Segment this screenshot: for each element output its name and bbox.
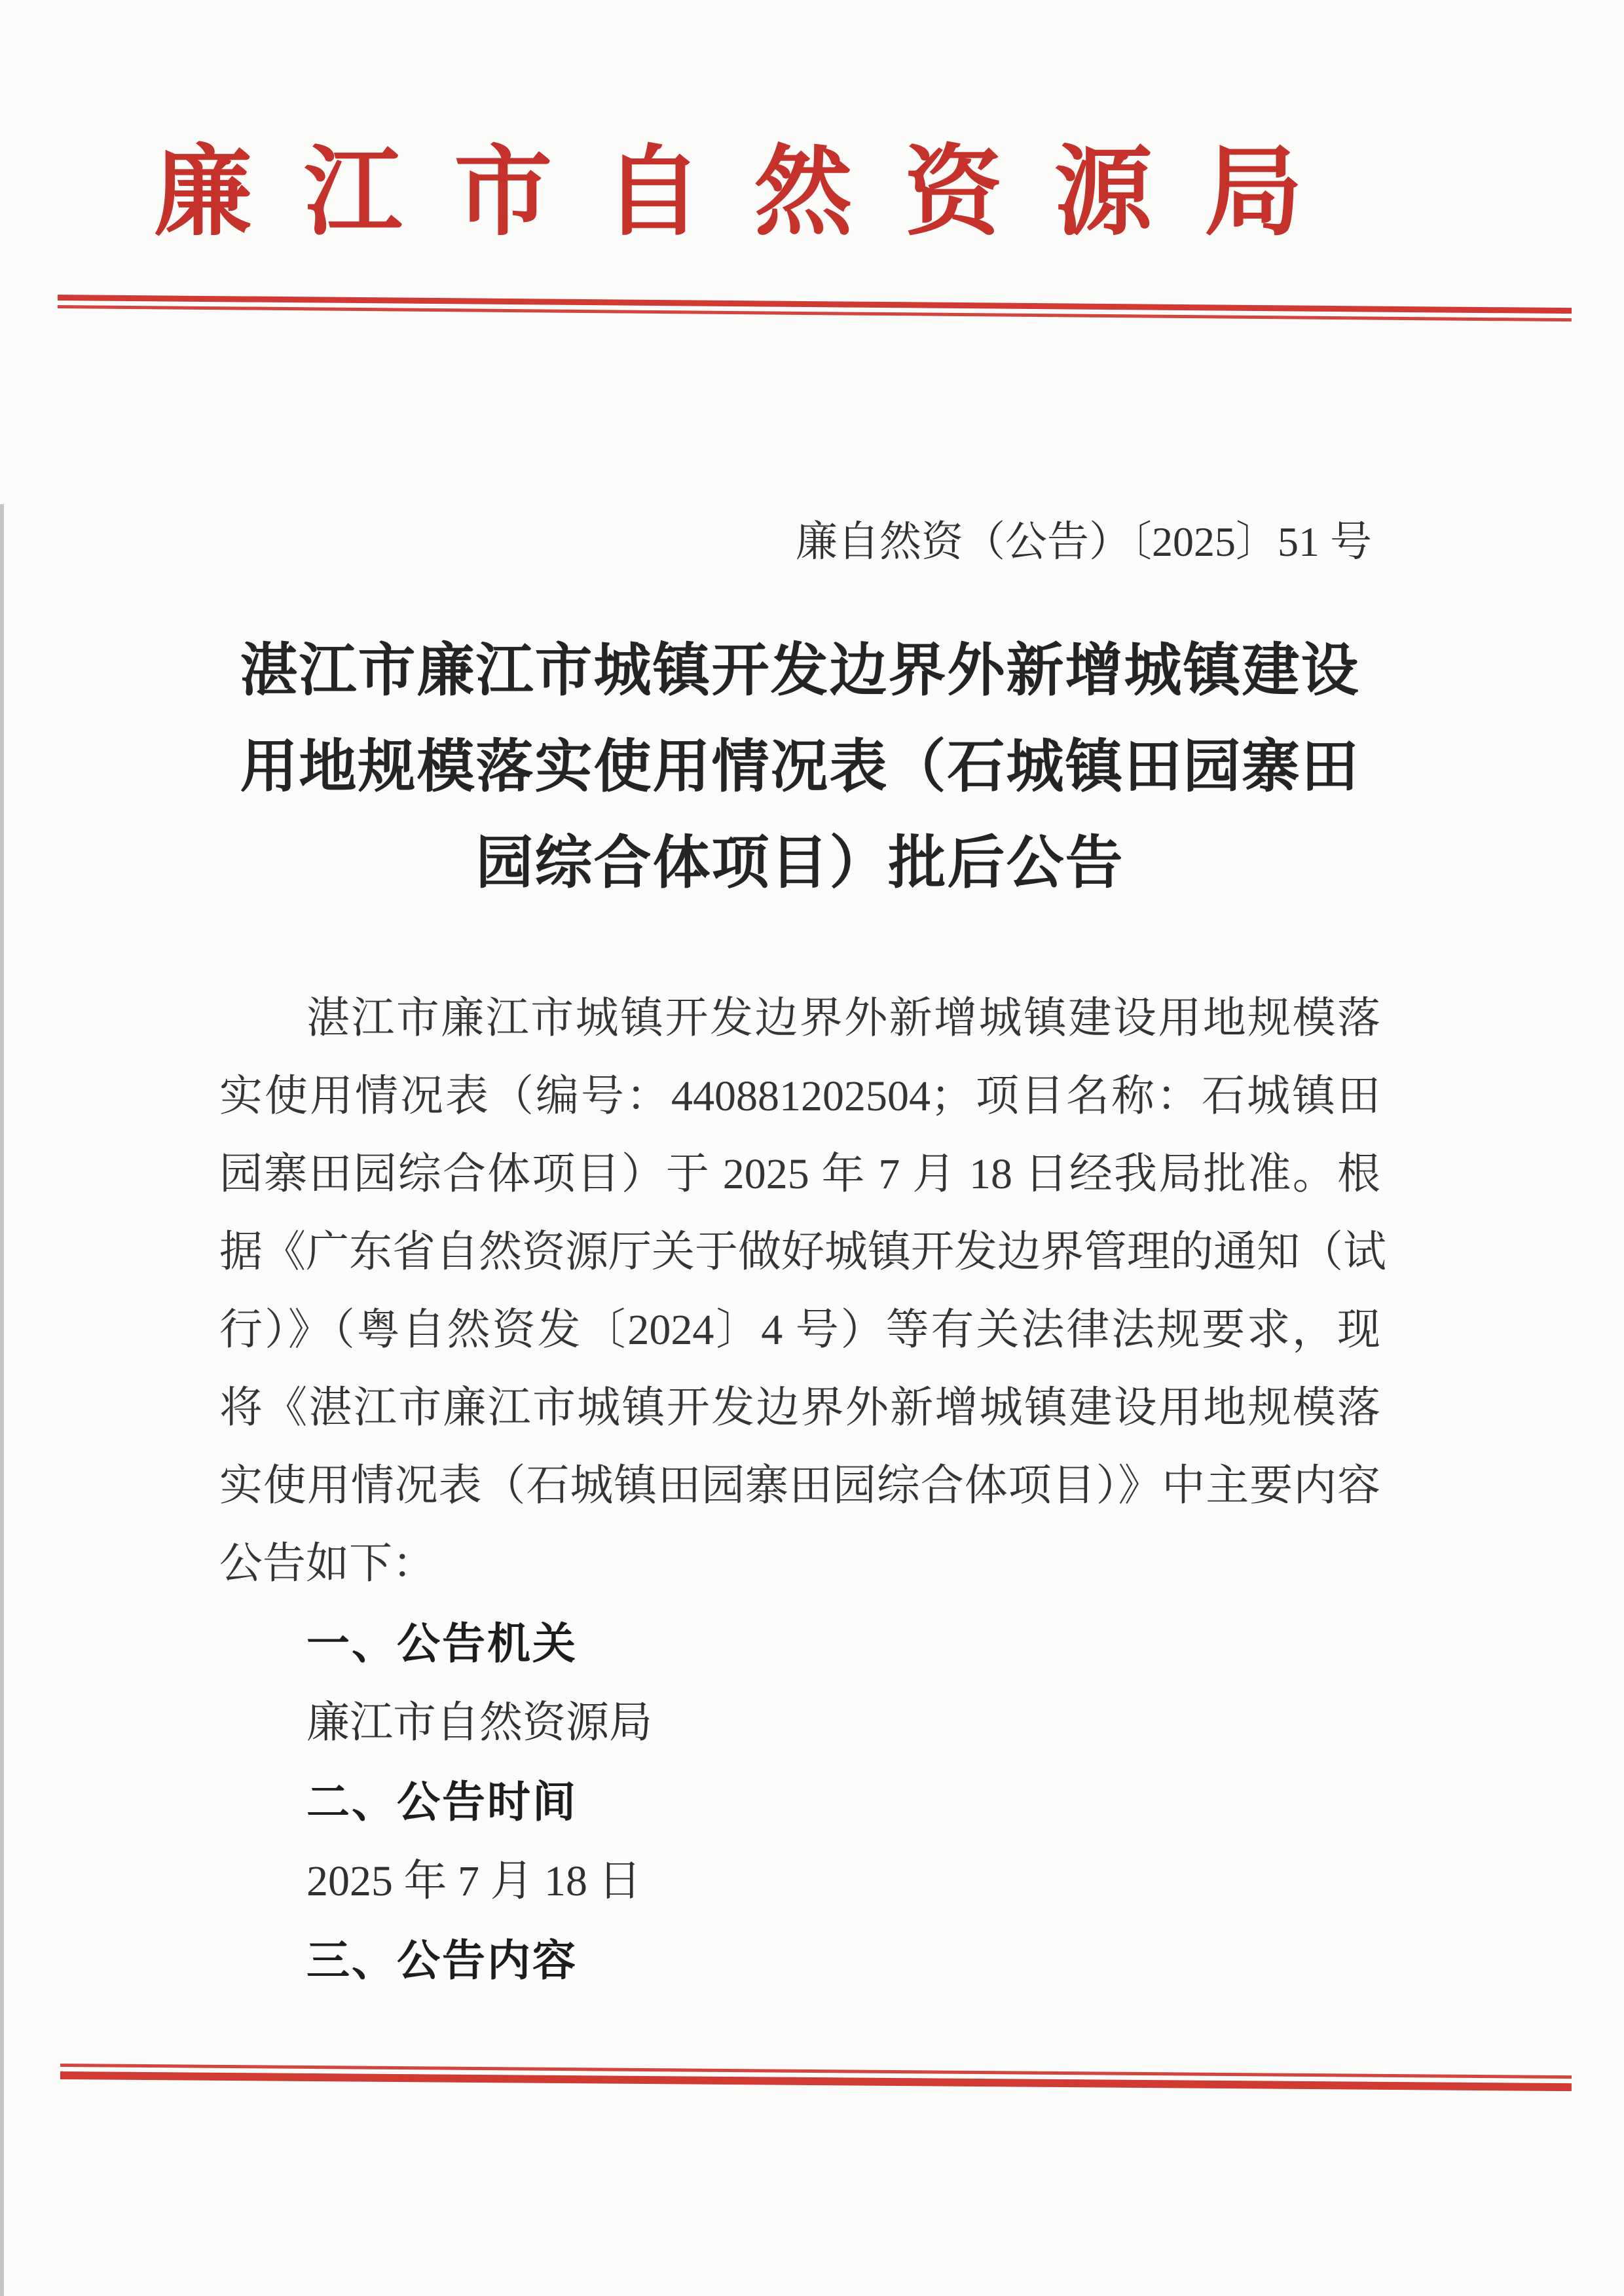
announcement-sections: 一、公告机关 廉江市自然资源局 二、公告时间 2025 年 7 月 18 日 三… — [219, 1604, 1380, 2000]
body-line: 实使用情况表（石城镇田园寨田园综合体项目）》中主要内容 — [219, 1447, 1380, 1525]
body-line: 将《湛江市廉江市城镇开发边界外新增城镇建设用地规模落 — [219, 1369, 1380, 1447]
body-line: 行）》（粤自然资发〔2024〕4 号）等有关法律法规要求，现 — [219, 1291, 1380, 1369]
section-heading-authority: 一、公告机关 — [219, 1604, 1380, 1683]
section-content-time: 2025 年 7 月 18 日 — [219, 1842, 1380, 1921]
section-content-authority: 廉江市自然资源局 — [219, 1683, 1380, 1762]
title-line-3: 园综合体项目）批后公告 — [219, 816, 1380, 912]
body-line: 园寨田园综合体项目）于 2025 年 7 月 18 日经我局批准。根 — [219, 1135, 1380, 1213]
issuing-authority-header: 廉 江 市 自 然 资 源 局 — [154, 131, 1303, 255]
body-line: 公告如下： — [219, 1525, 1380, 1603]
scan-edge-artifact — [0, 504, 4, 2296]
scanned-official-document: 廉 江 市 自 然 资 源 局 廉自然资（公告）〔2025〕51 号 湛江市廉江… — [0, 0, 1624, 2296]
red-separator-bottom — [60, 2064, 1572, 2091]
section-heading-time: 二、公告时间 — [219, 1762, 1380, 1842]
body-paragraph: 湛江市廉江市城镇开发边界外新增城镇建设用地规模落 实使用情况表（编号：44088… — [219, 979, 1380, 1603]
red-separator-top — [58, 295, 1572, 321]
body-line: 据《广东省自然资源厅关于做好城镇开发边界管理的通知（试 — [219, 1213, 1380, 1291]
title-line-2: 用地规模落实使用情况表（石城镇田园寨田 — [219, 720, 1380, 816]
announcement-title: 湛江市廉江市城镇开发边界外新增城镇建设 用地规模落实使用情况表（石城镇田园寨田 … — [219, 623, 1380, 912]
body-line: 湛江市廉江市城镇开发边界外新增城镇建设用地规模落 — [219, 979, 1380, 1057]
body-line: 实使用情况表（编号：440881202504；项目名称：石城镇田 — [219, 1057, 1380, 1135]
section-heading-content: 三、公告内容 — [219, 1921, 1380, 2000]
document-reference-number: 廉自然资（公告）〔2025〕51 号 — [219, 516, 1372, 568]
title-line-1: 湛江市廉江市城镇开发边界外新增城镇建设 — [219, 623, 1380, 720]
